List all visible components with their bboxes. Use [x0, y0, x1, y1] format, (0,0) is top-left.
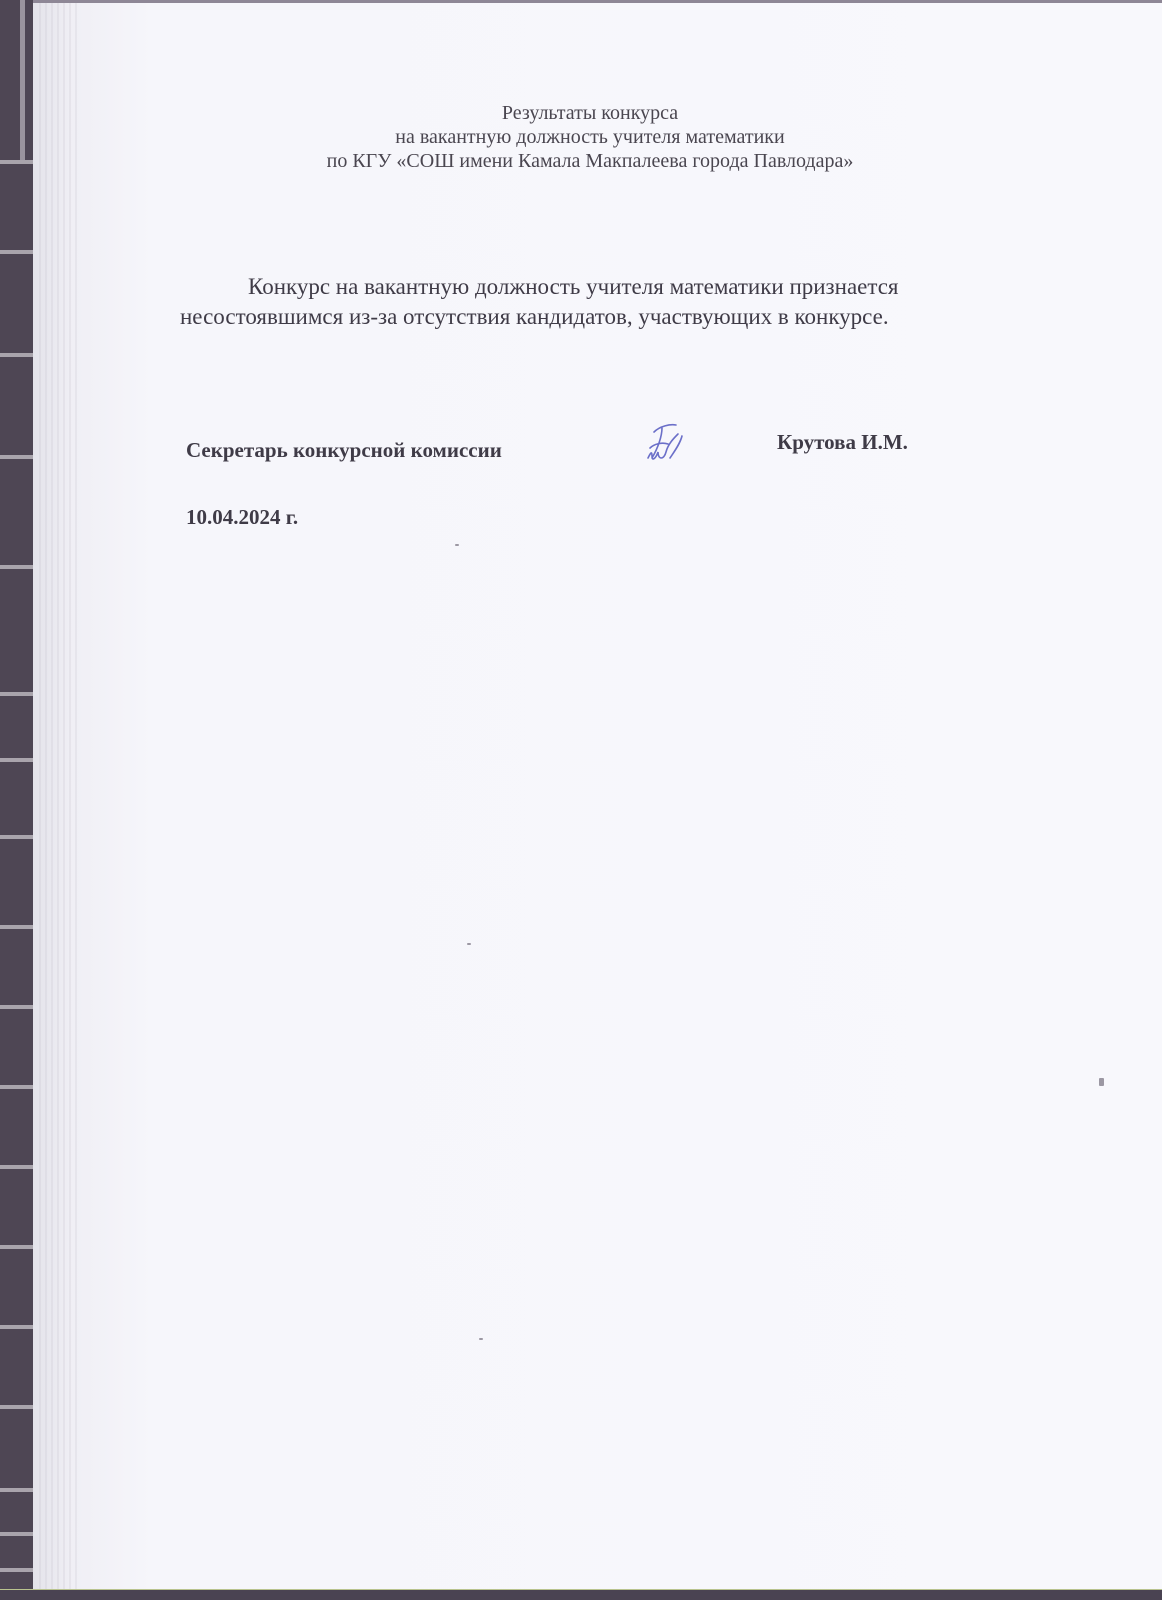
strip-divider: [0, 1245, 33, 1249]
title-line-2: на вакантную должность учителя математик…: [0, 125, 1162, 149]
strip-divider: [0, 758, 33, 762]
document-page: [33, 3, 1162, 1589]
title-line-1: Результаты конкурса: [0, 101, 1162, 125]
strip-divider: [0, 1405, 33, 1409]
handwritten-signature-icon: [640, 418, 688, 464]
scan-speck: [479, 1338, 483, 1340]
secretary-role-label: Секретарь конкурсной комиссии: [186, 438, 502, 463]
strip-divider: [0, 835, 33, 839]
document-date: 10.04.2024 г.: [186, 505, 298, 530]
strip-divider: [0, 1165, 33, 1169]
strip-divider: [0, 1568, 33, 1572]
strip-divider: [0, 692, 33, 696]
strip-divider: [0, 1325, 33, 1329]
document-title: Результаты конкурса на вакантную должнос…: [0, 101, 1162, 173]
scan-speck: [467, 943, 471, 945]
strip-divider: [0, 1488, 33, 1492]
scan-speck: [1099, 1078, 1104, 1086]
strip-divider: [0, 353, 33, 357]
strip-divider: [0, 925, 33, 929]
paragraph-line-2: несостоявшимся из-за отсутствия кандидат…: [180, 302, 1000, 332]
strip-divider: [0, 1005, 33, 1009]
scanner-bottom-edge: [0, 1589, 1162, 1600]
strip-divider: [0, 455, 33, 459]
announcement-paragraph: Конкурс на вакантную должность учителя м…: [180, 272, 1000, 332]
scanner-edge-strip: [0, 0, 33, 1600]
strip-divider: [0, 250, 33, 254]
secretary-name: Крутова И.М.: [777, 430, 908, 455]
title-line-3: по КГУ «СОШ имени Камала Макпалеева горо…: [0, 149, 1162, 173]
strip-divider: [0, 1085, 33, 1089]
scan-speck: [455, 544, 459, 546]
strip-divider: [0, 1532, 33, 1536]
paragraph-line-1: Конкурс на вакантную должность учителя м…: [180, 272, 1000, 302]
strip-divider: [0, 565, 33, 569]
